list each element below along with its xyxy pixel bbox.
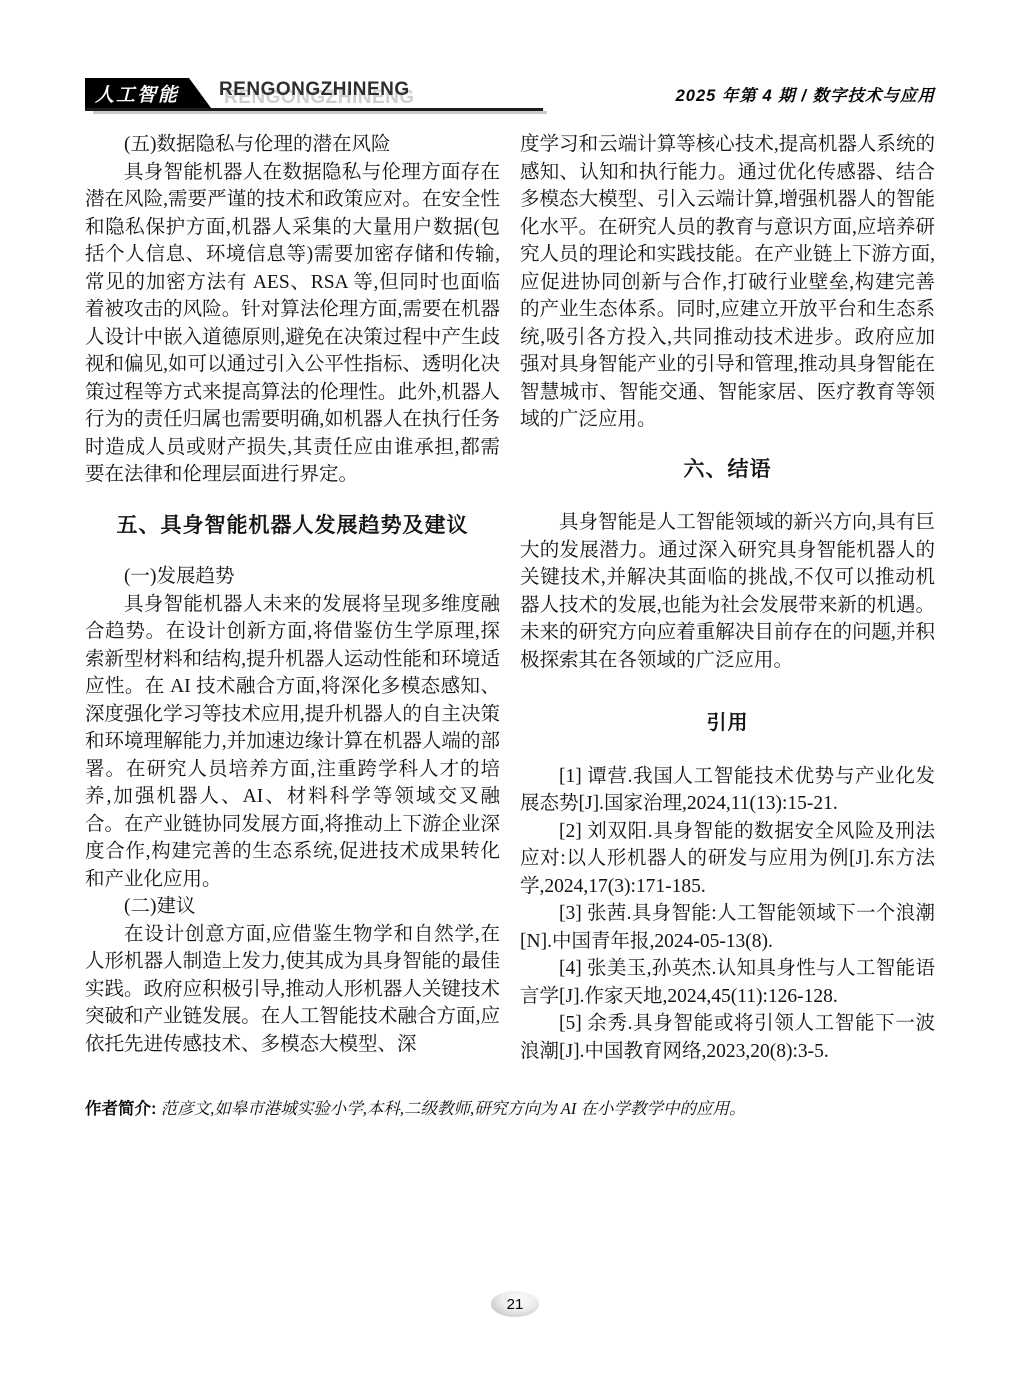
article-body: (五)数据隐私与伦理的潜在风险 具身智能机器人在数据隐私与伦理方面存在潜在风险,… bbox=[85, 131, 935, 1065]
conclusion-paragraph: 具身智能是人工智能领域的新兴方向,具有巨大的发展潜力。通过深入研究具身智能机器人… bbox=[520, 509, 935, 674]
page-number: 21 bbox=[507, 1296, 524, 1313]
subsection-1-paragraph: 具身智能机器人未来的发展将呈现多维度融合趋势。在设计创新方面,将借鉴仿生学原理,… bbox=[85, 591, 500, 894]
author-bio-label: 作者简介: bbox=[85, 1100, 157, 1118]
subsection-2-heading: (二)建议 bbox=[85, 893, 500, 921]
issue-info: 2025 年第 4 期 / 数字技术与应用 bbox=[676, 82, 935, 106]
chapter-6-heading: 六、结语 bbox=[520, 456, 935, 484]
page: 人工智能 RENGONGZHINENG 2025 年第 4 期 / 数字技术与应… bbox=[0, 0, 1020, 1375]
subsection-1-heading: (一)发展趋势 bbox=[85, 563, 500, 591]
chapter-5-heading: 五、具身智能机器人发展趋势及建议 bbox=[85, 512, 500, 540]
author-bio: 作者简介: 范彦文,如皋市港城实验小学,本科,二级教师,研究方向为 AI 在小学… bbox=[85, 1097, 945, 1121]
page-header: 人工智能 RENGONGZHINENG 2025 年第 4 期 / 数字技术与应… bbox=[85, 80, 935, 114]
reference-item: [5] 余秀.具身智能或将引领人工智能下一波浪潮[J].中国教育网络,2023,… bbox=[520, 1010, 935, 1065]
journal-logo: 人工智能 bbox=[85, 78, 211, 108]
continuation-paragraph: 度学习和云端计算等核心技术,提高机器人系统的感知、认知和执行能力。通过优化传感器… bbox=[520, 131, 935, 434]
left-column: (五)数据隐私与伦理的潜在风险 具身智能机器人在数据隐私与伦理方面存在潜在风险,… bbox=[85, 131, 500, 1065]
reference-item: [3] 张茜.具身智能:人工智能领域下一个浪潮[N].中国青年报,2024-05… bbox=[520, 900, 935, 955]
reference-item: [2] 刘双阳.具身智能的数据安全风险及刑法应对:以人形机器人的研发与应用为例[… bbox=[520, 818, 935, 901]
header-rule bbox=[85, 108, 543, 111]
section-5-paragraph: 具身智能机器人在数据隐私与伦理方面存在潜在风险,需要严谨的技术和政策应对。在安全… bbox=[85, 159, 500, 489]
page-number-badge: 21 bbox=[491, 1291, 539, 1317]
logo-romanized: RENGONGZHINENG bbox=[219, 79, 410, 101]
section-5-heading: (五)数据隐私与伦理的潜在风险 bbox=[85, 131, 500, 159]
subsection-2-paragraph: 在设计创意方面,应借鉴生物学和自然学,在人形机器人制造上发力,使其成为具身智能的… bbox=[85, 921, 500, 1059]
author-bio-text: 范彦文,如皋市港城实验小学,本科,二级教师,研究方向为 AI 在小学教学中的应用… bbox=[161, 1099, 746, 1118]
logo-text: 人工智能 bbox=[95, 80, 179, 107]
reference-item: [1] 谭营.我国人工智能技术优势与产业化发展态势[J].国家治理,2024,1… bbox=[520, 763, 935, 818]
reference-item: [4] 张美玉,孙英杰.认知具身性与人工智能语言学[J].作家天地,2024,4… bbox=[520, 955, 935, 1010]
right-column: 度学习和云端计算等核心技术,提高机器人系统的感知、认知和执行能力。通过优化传感器… bbox=[520, 131, 935, 1065]
references-heading: 引用 bbox=[520, 710, 935, 738]
